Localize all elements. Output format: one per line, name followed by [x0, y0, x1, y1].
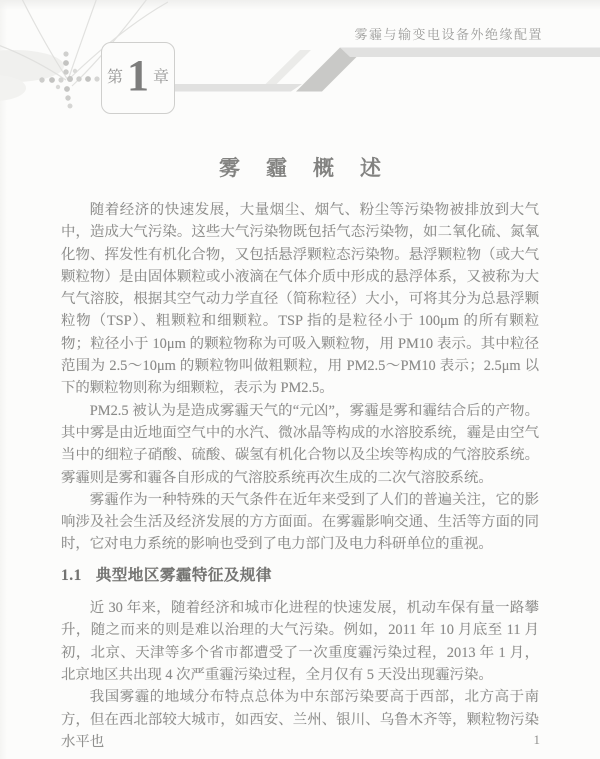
running-head: 雾霾与输变电设备外绝缘配置: [0, 24, 543, 43]
section-heading: 1.1典型地区雾霾特征及规律: [61, 565, 539, 587]
book-page: 雾霾与输变电设备外绝缘配置 第 1 章 雾霾概述 随着经济的快速发展，大量烟尘、…: [0, 0, 600, 759]
intro-paragraph-3: 雾霾作为一种特殊的天气条件在近年来受到了人们的普遍关注，它的影响涉及社会生活及经…: [61, 489, 539, 556]
chapter-badge: 第 1 章: [101, 42, 175, 114]
intro-paragraph-1: 随着经济的快速发展，大量烟尘、烟气、粉尘等污染物被排放到大气中，造成大气污染。这…: [61, 199, 539, 400]
ribbon-graphic: [0, 0, 600, 130]
chapter-suffix: 章: [153, 70, 169, 86]
page-number: 1: [0, 732, 540, 748]
chapter-number: 1: [127, 54, 149, 98]
intro-paragraph-2: PM2.5 被认为是造成雾霾天气的“元凶”，雾霾是雾和霾结合后的产物。其中雾是由…: [61, 400, 539, 489]
section-number: 1.1: [61, 567, 82, 584]
section-title: 典型地区雾霾特征及规律: [96, 567, 272, 584]
body-text-column: 随着经济的快速发展，大量烟尘、烟气、粉尘等污染物被排放到大气中，造成大气污染。这…: [61, 199, 539, 753]
body-paragraph-1: 近 30 年来，随着经济和城市化进程的快速发展，机动车保有量一路攀升，随之而来的…: [61, 597, 539, 686]
chapter-prefix: 第: [107, 70, 123, 86]
chapter-title: 雾霾概述: [0, 152, 600, 182]
